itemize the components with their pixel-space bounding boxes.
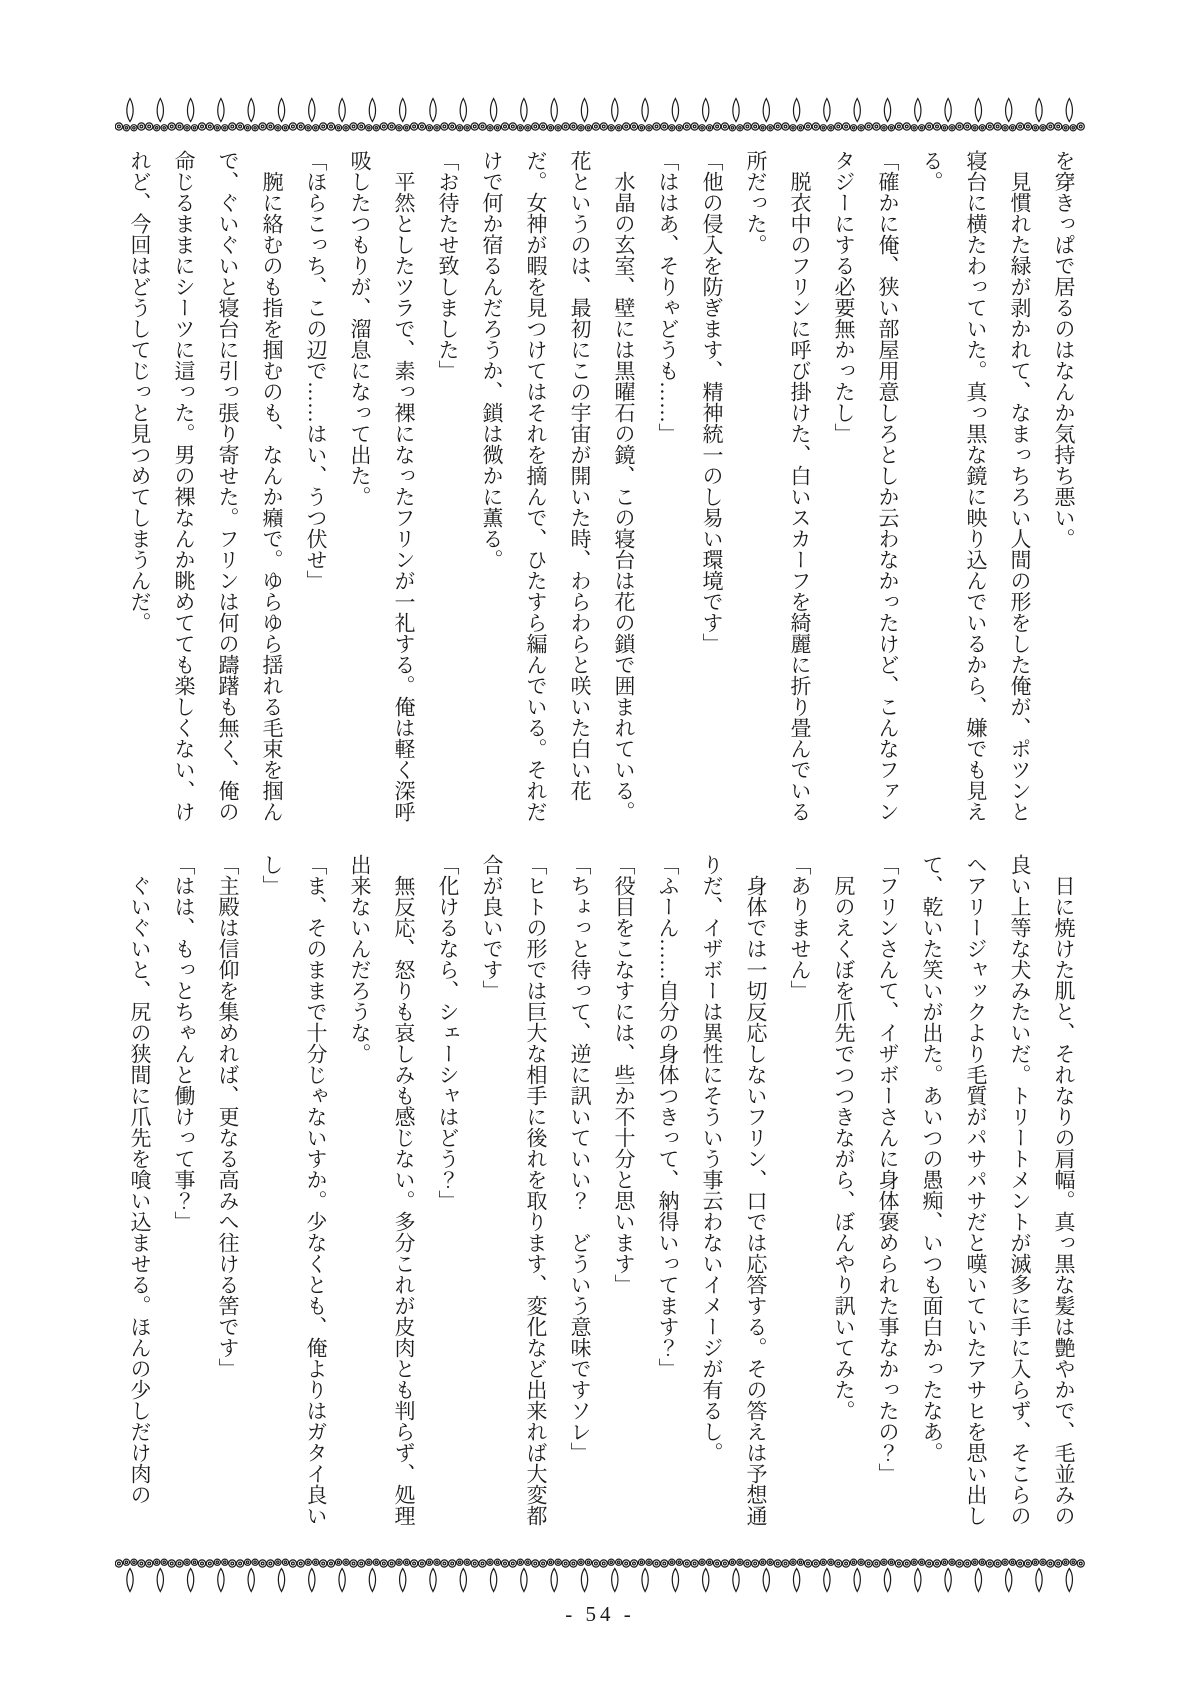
lace-motif-icon — [206, 99, 236, 131]
lace-motif-icon — [994, 1559, 1024, 1591]
lace-motif-icon — [933, 99, 963, 131]
lace-motif-icon — [176, 99, 206, 131]
lace-motif-icon — [630, 1559, 660, 1591]
lace-motif-icon — [449, 99, 479, 131]
paragraph: 「化けるなら、シェーシャはどう？」 — [426, 854, 470, 1532]
paragraph: 身体では一切反応しないフリン、口では応答する。その答えは予想通りだ、イザボーは異… — [690, 854, 778, 1532]
paragraph: 「役目をこなすには、些か不十分と思います」 — [602, 854, 646, 1532]
lace-motif-icon — [509, 1559, 539, 1591]
lace-motif-icon — [812, 1559, 842, 1591]
lace-motif-icon — [964, 1559, 994, 1591]
lace-motif-icon — [327, 99, 357, 131]
paragraph: 「ははあ、そりゃどうも……」 — [646, 150, 690, 828]
lace-motif-icon — [994, 99, 1024, 131]
paragraph: 無反応、怒りも哀しみも感じない。多分これが皮肉とも判らず、処理出来ないんだろうな… — [338, 854, 426, 1532]
paragraph: 脱衣中のフリンに呼び掛けた、白いスカーフを綺麗に折り畳んでいる所だった。 — [734, 150, 822, 828]
paragraph: 「ありません」 — [778, 854, 822, 1532]
paragraph: 「フリンさんて、イザボーさんに身体褒められた事なかったの？」 — [866, 854, 910, 1532]
lace-motif-icon — [570, 1559, 600, 1591]
paragraph: 見慣れた緑が剥かれて、なまっちろい人間の形をした俺が、ポツンと寝台に横たわってい… — [910, 150, 1042, 828]
lace-motif-icon — [418, 1559, 448, 1591]
lace-motif-icon — [418, 99, 448, 131]
lace-motif-icon — [206, 1559, 236, 1591]
paragraph: 「主殿は信仰を集めれば、更なる高みへ往ける筈です」 — [206, 854, 250, 1532]
paragraph: 「はは、もっとちゃんと働けって事？」 — [162, 854, 206, 1532]
lace-motif-icon — [358, 99, 388, 131]
paragraph: 水晶の玄室、壁には黒曜石の鏡、この寝台は花の鎖で囲まれている。花というのは、最初… — [470, 150, 646, 828]
lace-motif-icon — [176, 1559, 206, 1591]
lace-motif-icon — [600, 99, 630, 131]
paragraph: ぐいぐいと、尻の狭間に爪先を喰い込ませる。ほんの少しだけ肉の — [118, 854, 162, 1532]
paragraph: 平然としたツラで、素っ裸になったフリンが一礼する。俺は軽く深呼吸したつもりが、溜… — [338, 150, 426, 828]
lace-motif-icon — [540, 1559, 570, 1591]
lace-motif-icon — [479, 1559, 509, 1591]
lace-motif-icon — [843, 1559, 873, 1591]
paragraph: を穿きっぱで居るのはなんか気持ち悪い。 — [1042, 150, 1086, 828]
lace-motif-icon — [358, 1559, 388, 1591]
paragraph: 「確かに俺、狭い部屋用意しろとしか云わなかったけど、こんなファンタジーにする必要… — [822, 150, 910, 828]
lace-motif-icon — [964, 99, 994, 131]
paragraph: 「ふーん……自分の身体つきって、納得いってます？」 — [646, 854, 690, 1532]
lace-motif-icon — [540, 99, 570, 131]
lace-motif-icon — [721, 99, 751, 131]
lace-motif-icon — [297, 1559, 327, 1591]
text-block-top: を穿きっぱで居るのはなんか気持ち悪い。 見慣れた緑が剥かれて、なまっちろい人間の… — [116, 150, 1086, 828]
paragraph: 尻のえくぼを爪先でつつきながら、ぼんやり訊いてみた。 — [822, 854, 866, 1532]
lace-motif-icon — [630, 99, 660, 131]
paragraph: 日に焼けた肌と、それなりの肩幅。真っ黒な髪は艶やかで、毛並みの良い上等な犬みたい… — [910, 854, 1086, 1532]
lace-motif-icon — [388, 99, 418, 131]
paragraph: 腕に絡むのも指を掴むのも、なんか癪で。ゆらゆら揺れる毛束を掴んで、ぐいぐいと寝台… — [118, 150, 294, 828]
lace-motif-icon — [237, 1559, 267, 1591]
lace-motif-icon — [267, 1559, 297, 1591]
lace-motif-icon — [661, 1559, 691, 1591]
lace-motif-icon — [752, 1559, 782, 1591]
paragraph: 「お待たせ致しました」 — [426, 150, 470, 828]
lace-motif-icon — [903, 1559, 933, 1591]
paragraph: 「ま、そのままで十分じゃないすか。少なくとも、俺よりはガタイ良いし」 — [250, 854, 338, 1532]
lace-motif-icon — [661, 99, 691, 131]
lace-motif-icon — [297, 99, 327, 131]
paragraph: 「ほらこっち、この辺で……はい、うつ伏せ」 — [294, 150, 338, 828]
lace-motif-icon — [812, 99, 842, 131]
lace-motif-icon — [1024, 99, 1054, 131]
lace-motif-icon — [327, 1559, 357, 1591]
lace-motif-icon — [933, 1559, 963, 1591]
lace-motif-icon — [449, 1559, 479, 1591]
paragraph: 「ヒトの形では巨大な相手に後れを取ります、変化など出来れば大変都合が良いです」 — [470, 854, 558, 1532]
lace-motif-icon — [873, 1559, 903, 1591]
lace-motif-icon — [237, 99, 267, 131]
lace-motif-icon — [600, 1559, 630, 1591]
paragraph: 「ちょっと待って、逆に訊いていい？ どういう意味ですソレ」 — [558, 854, 602, 1532]
top-ornament-border-icon — [115, 96, 1085, 134]
lace-motif-icon — [1055, 99, 1085, 131]
text-block-bottom: 日に焼けた肌と、それなりの肩幅。真っ黒な髪は艶やかで、毛並みの良い上等な犬みたい… — [116, 854, 1086, 1532]
lace-motif-icon — [782, 99, 812, 131]
lace-motif-icon — [115, 99, 145, 131]
lace-motif-icon — [752, 99, 782, 131]
lace-motif-icon — [115, 1559, 145, 1591]
lace-motif-icon — [509, 99, 539, 131]
lace-motif-icon — [146, 1559, 176, 1591]
lace-motif-icon — [843, 99, 873, 131]
lace-motif-icon — [691, 99, 721, 131]
lace-motif-icon — [782, 1559, 812, 1591]
lace-motif-icon — [570, 99, 600, 131]
bottom-ornament-border-icon — [115, 1556, 1085, 1594]
paragraph: 「他の侵入を防ぎます、精神統一のし易い環境です」 — [690, 150, 734, 828]
lace-motif-icon — [721, 1559, 751, 1591]
lace-motif-icon — [267, 99, 297, 131]
lace-motif-icon — [873, 99, 903, 131]
lace-motif-icon — [691, 1559, 721, 1591]
lace-motif-icon — [1055, 1559, 1085, 1591]
lace-motif-icon — [903, 99, 933, 131]
page-number: - 54 - — [0, 1602, 1200, 1627]
doujinshi-page: を穿きっぱで居るのはなんか気持ち悪い。 見慣れた緑が剥かれて、なまっちろい人間の… — [0, 0, 1200, 1695]
lace-motif-icon — [146, 99, 176, 131]
lace-motif-icon — [388, 1559, 418, 1591]
lace-motif-icon — [479, 99, 509, 131]
lace-motif-icon — [1024, 1559, 1054, 1591]
